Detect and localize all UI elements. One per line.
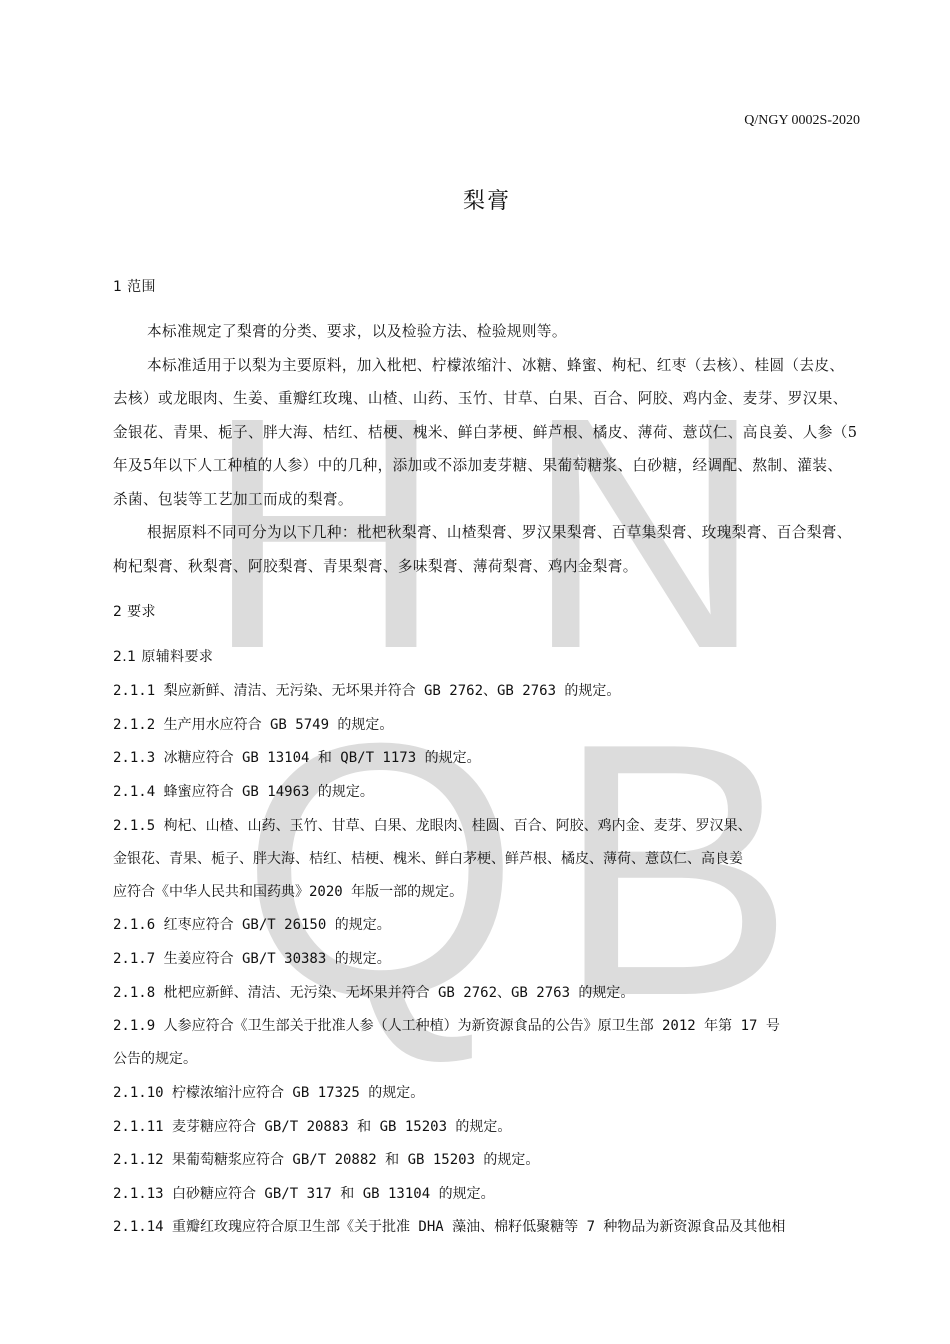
clause-line: 2.1.1 梨应新鲜、清洁、无污染、无坏果并符合 GB 2762、GB 2763… <box>113 680 863 700</box>
clause-line: 2.1.5 枸杞、山楂、山药、玉竹、甘草、白果、龙眼肉、桂圆、百合、阿胶、鸡内金… <box>113 815 863 835</box>
standard-number: Q/NGY 0002S-2020 <box>744 113 860 129</box>
paragraph-line: 枸杞梨膏、秋梨膏、阿胶梨膏、青果梨膏、多味梨膏、薄荷梨膏、鸡内金梨膏。 <box>113 555 863 576</box>
paragraph-line: 本标准规定了梨膏的分类、要求，以及检验方法、检验规则等。 <box>147 320 897 341</box>
paragraph-line: 去核）或龙眼肉、生姜、重瓣红玫瑰、山楂、山药、玉竹、甘草、白果、百合、阿胶、鸡内… <box>113 387 863 408</box>
paragraph-line: 本标准适用于以梨为主要原料，加入枇杷、柠檬浓缩汁、冰糖、蜂蜜、枸杞、红枣（去核）… <box>147 354 897 375</box>
clause-line: 2.1.11 麦芽糖应符合 GB/T 20883 和 GB 15203 的规定。 <box>113 1116 863 1136</box>
section-heading-scope: 1 范围 <box>113 276 863 296</box>
clause-line: 2.1.13 白砂糖应符合 GB/T 317 和 GB 13104 的规定。 <box>113 1183 863 1203</box>
clause-line: 2.1.9 人参应符合《卫生部关于批准人参（人工种植）为新资源食品的公告》原卫生… <box>113 1015 863 1035</box>
paragraph-line: 根据原料不同可分为以下几种：枇杷秋梨膏、山楂梨膏、罗汉果梨膏、百草集梨膏、玫瑰梨… <box>147 521 897 542</box>
document-title: 梨膏 <box>0 184 950 215</box>
clause-line: 应符合《中华人民共和国药典》2020 年版一部的规定。 <box>113 881 863 901</box>
clause-line: 金银花、青果、栀子、胖大海、桔红、桔梗、槐米、鲜白茅梗、鲜芦根、橘皮、薄荷、薏苡… <box>113 848 863 868</box>
paragraph-line: 金银花、青果、栀子、胖大海、桔红、桔梗、槐米、鲜白茅梗、鲜芦根、橘皮、薄荷、薏苡… <box>113 421 863 442</box>
paragraph-line: 年及5年以下人工种植的人参）中的几种，添加或不添加麦芽糖、果葡萄糖浆、白砂糖，经… <box>113 454 863 475</box>
subsection-heading-raw-materials: 2.1 原辅料要求 <box>113 646 863 666</box>
clause-line: 2.1.8 枇杷应新鲜、清洁、无污染、无坏果并符合 GB 2762、GB 276… <box>113 982 863 1002</box>
clause-line: 2.1.3 冰糖应符合 GB 13104 和 QB/T 1173 的规定。 <box>113 747 863 767</box>
clause-line: 2.1.2 生产用水应符合 GB 5749 的规定。 <box>113 714 863 734</box>
clause-line: 2.1.14 重瓣红玫瑰应符合原卫生部《关于批准 DHA 藻油、棉籽低聚糖等 7… <box>113 1216 863 1236</box>
clause-line: 公告的规定。 <box>113 1048 863 1068</box>
section-heading-requirements: 2 要求 <box>113 601 863 621</box>
clause-line: 2.1.7 生姜应符合 GB/T 30383 的规定。 <box>113 948 863 968</box>
clause-line: 2.1.12 果葡萄糖浆应符合 GB/T 20882 和 GB 15203 的规… <box>113 1149 863 1169</box>
clause-line: 2.1.10 柠檬浓缩汁应符合 GB 17325 的规定。 <box>113 1082 863 1102</box>
clause-line: 2.1.6 红枣应符合 GB/T 26150 的规定。 <box>113 914 863 934</box>
paragraph-line: 杀菌、包装等工艺加工而成的梨膏。 <box>113 488 863 509</box>
clause-line: 2.1.4 蜂蜜应符合 GB 14963 的规定。 <box>113 781 863 801</box>
